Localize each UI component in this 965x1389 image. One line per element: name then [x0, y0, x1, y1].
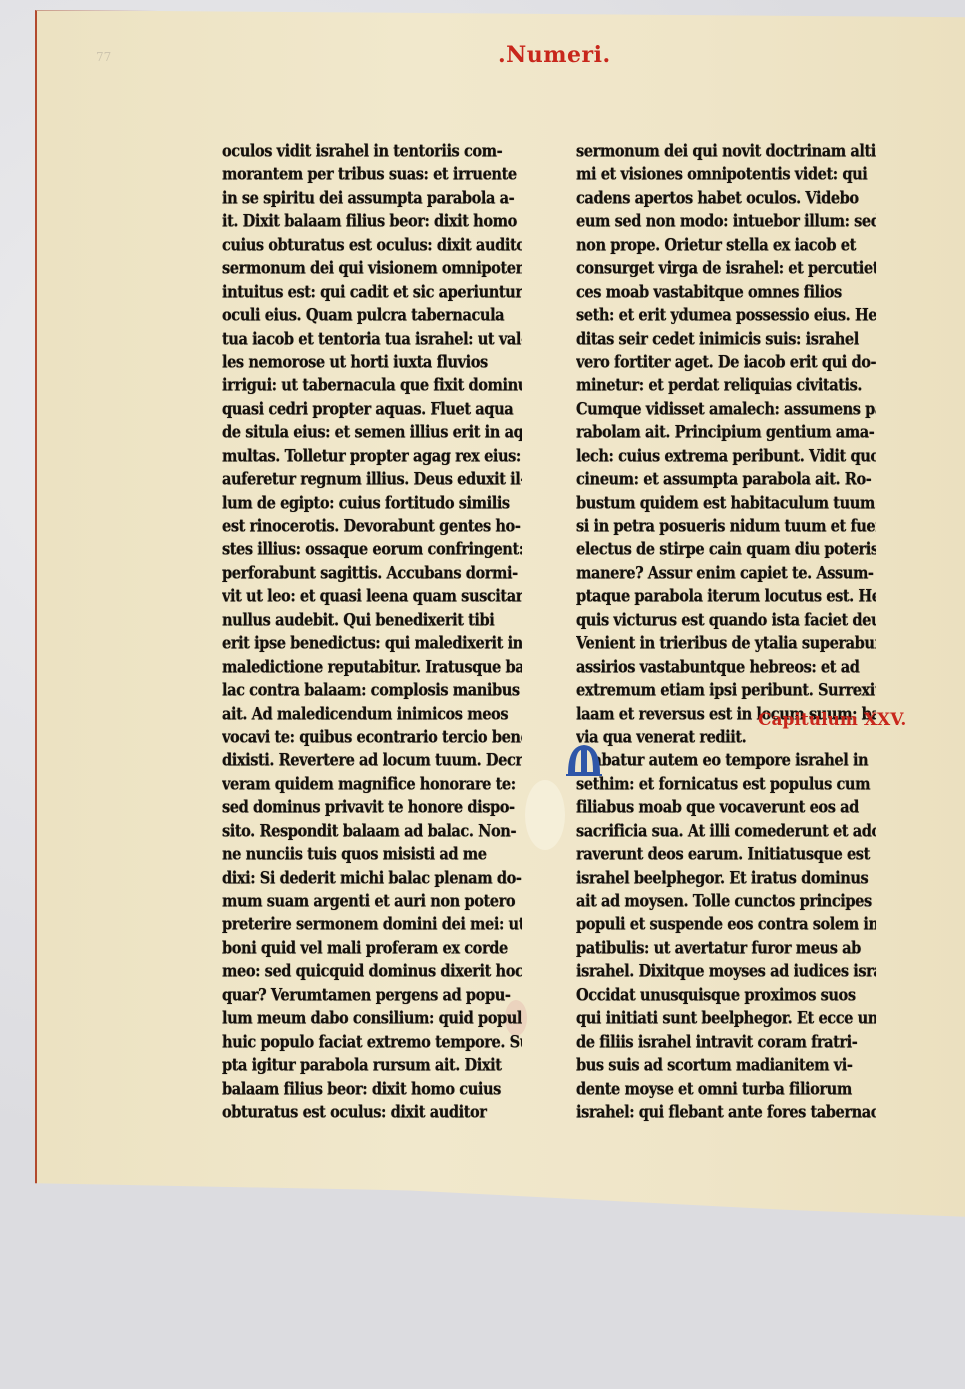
text-line: morantem per tribus suas: et irruente: [222, 162, 522, 188]
blue-initial-m-icon: [566, 742, 602, 776]
text-line: eum sed non modo: intuebor illum: sed: [576, 209, 876, 235]
text-line: lac contra balaam: complosis manibus: [222, 678, 522, 704]
text-line: pta igitur parabola rursum ait. Dixit: [222, 1053, 522, 1079]
text-line: mi et visiones omnipotentis videt: qui: [576, 162, 876, 188]
text-line: dente moyse et omni turba filiorum: [576, 1076, 876, 1102]
text-line: lum meum dabo consilium: quid populus tu…: [222, 1006, 522, 1032]
text-line: consurget virga de israhel: et percutiet…: [576, 256, 876, 282]
running-head: .Numeri.: [498, 42, 611, 68]
text-line: assirios vastabuntque hebreos: et ad: [576, 654, 876, 680]
text-line: raverunt deos earum. Initiatusque est: [576, 842, 876, 868]
text-line: sed dominus privavit te honore dispo-: [222, 795, 522, 821]
vellum-blemish: [525, 780, 565, 850]
text-line: sermonum dei qui visionem omnipotentis: [222, 256, 522, 282]
right-column: sermonum dei qui novit doctrinam altissi…: [576, 140, 876, 1124]
text-line: erit ipse benedictus: qui maledixerit in: [222, 631, 522, 657]
text-line: ait. Ad maledicendum inimicos meos: [222, 701, 522, 727]
text-line: orabatur autem eo tempore israhel in: [576, 748, 876, 774]
text-line: maledictione reputabitur. Iratusque ba-: [222, 654, 522, 680]
text-line: filiabus moab que vocaverunt eos ad: [576, 795, 876, 821]
text-line: cineum: et assumpta parabola ait. Ro-: [576, 467, 876, 493]
text-line: extremum etiam ipsi peribunt. Surrexitqu…: [576, 678, 876, 704]
text-line: meo: sed quicquid dominus dixerit hoc lo…: [222, 959, 522, 985]
text-line: rabolam ait. Principium gentium ama-: [576, 420, 876, 446]
text-line: israhel: qui flebant ante fores tabernac…: [576, 1100, 876, 1126]
text-line: sito. Respondit balaam ad balac. Non-: [222, 818, 522, 844]
text-line: de filiis israhel intravit coram fratri-: [576, 1029, 876, 1055]
text-line: vit ut leo: et quasi leena quam suscitar…: [222, 584, 522, 610]
text-line: de situla eius: et semen illius erit in …: [222, 420, 522, 446]
text-line: huic populo faciat extremo tempore. Sum-: [222, 1029, 522, 1055]
text-line: tua iacob et tentoria tua israhel: ut va…: [222, 326, 522, 352]
text-line: ditas seir cedet inimicis suis: israhel: [576, 326, 876, 352]
text-line: minetur: et perdat reliquias civitatis.: [576, 373, 876, 399]
text-line: multas. Tolletur propter agag rex eius: …: [222, 443, 522, 469]
text-line: bus suis ad scortum madianitem vi-: [576, 1053, 876, 1079]
left-column: oculos vidit israhel in tentoriis com-mo…: [222, 140, 522, 1124]
text-line: oculi eius. Quam pulcra tabernacula: [222, 303, 522, 329]
text-line: bustum quidem est habitaculum tuum: sed: [576, 490, 876, 516]
text-line: balaam filius beor: dixit homo cuius: [222, 1076, 522, 1102]
text-line: dixi: Si dederit michi balac plenam do-: [222, 865, 522, 891]
text-line: ces moab vastabitque omnes filios: [576, 279, 876, 305]
text-line: obturatus est oculus: dixit auditor: [222, 1100, 522, 1126]
text-line: sacrificia sua. At illi comederunt et ad…: [576, 818, 876, 844]
text-line: ne nunciis tuis quos misisti ad me: [222, 842, 522, 868]
text-line: ptaque parabola iterum locutus est. Heu: [576, 584, 876, 610]
text-line: israhel. Dixitque moyses ad iudices isra…: [576, 959, 876, 985]
text-line: lum de egipto: cuius fortitudo similis: [222, 490, 522, 516]
folio-pencil-mark: 77: [96, 50, 111, 64]
text-line: it. Dixit balaam filius beor: dixit homo: [222, 209, 522, 235]
text-line: intuitus est: qui cadit et sic aperiuntu…: [222, 279, 522, 305]
text-line: irrigui: ut tabernacula que fixit dominu…: [222, 373, 522, 399]
text-line: seth: et erit ydumea possessio eius. Her…: [576, 303, 876, 329]
text-line: auferetur regnum illius. Deus eduxit il-: [222, 467, 522, 493]
text-line: Venient in trieribus de ytalia superabun…: [576, 631, 876, 657]
chapter-rubric: Capitulum XXV.: [758, 710, 906, 730]
text-line: dixisti. Revertere ad locum tuum. Decre-: [222, 748, 522, 774]
text-line: preterire sermonem domini dei mei: ut ve…: [222, 912, 522, 938]
text-line: lech: cuius extrema peribunt. Vidit quoq…: [576, 443, 876, 469]
text-line: populi et suspende eos contra solem in: [576, 912, 876, 938]
text-line: electus de stirpe cain quam diu poteris …: [576, 537, 876, 563]
text-line: stes illius: ossaque eorum confringent: …: [222, 537, 522, 563]
text-line: israhel beelphegor. Et iratus dominus: [576, 865, 876, 891]
text-line: qui initiati sunt beelphegor. Et ecce un…: [576, 1006, 876, 1032]
